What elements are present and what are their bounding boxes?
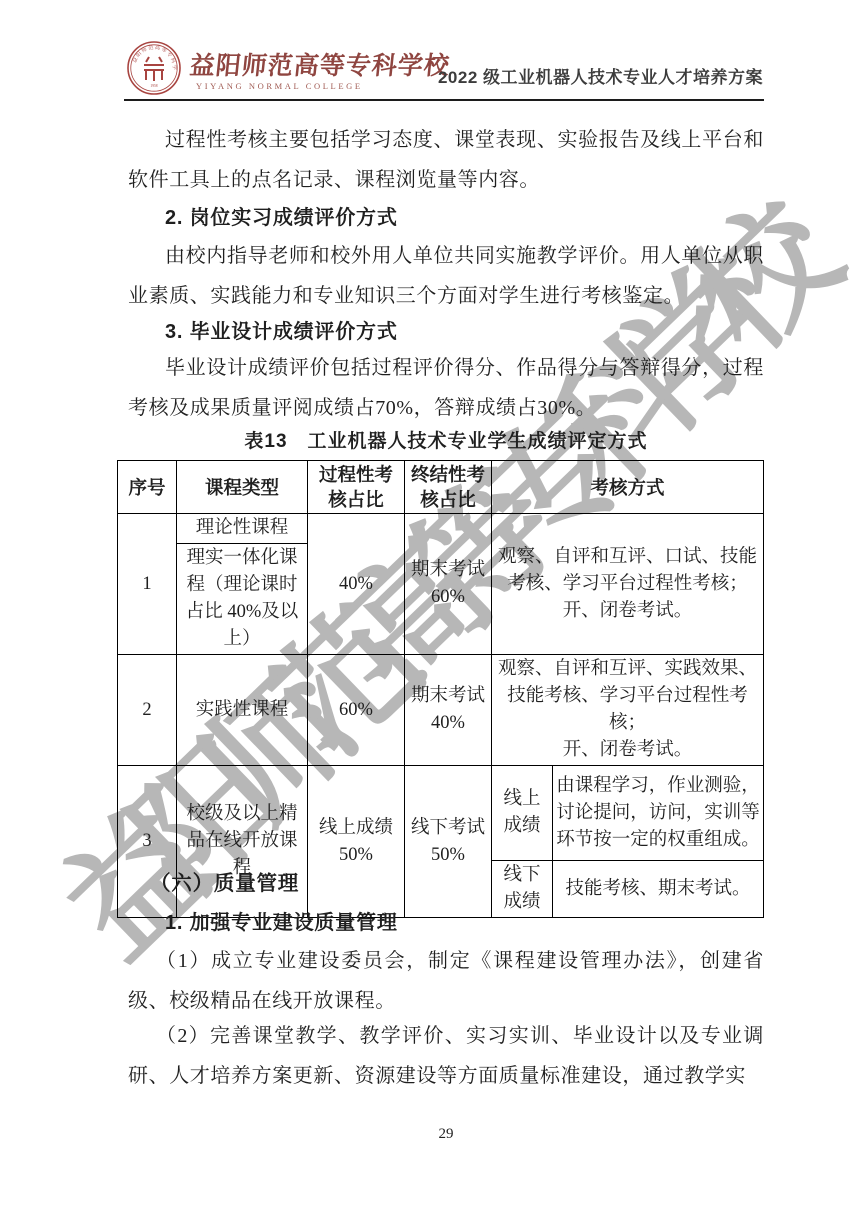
heading-quality-management: （六）质量管理 — [128, 864, 764, 904]
school-seal-icon: 益阳师范高等专科学校 1958 — [126, 40, 182, 96]
paragraph-process-assessment: 过程性考核主要包括学习态度、课堂表现、实验报告及线上平台和软件工具上的点名记录、… — [128, 120, 764, 200]
table-row: 1 理论性课程 40% 期末考试 60% 观察、自评和互评、口试、技能考核、学习… — [118, 514, 764, 544]
paragraph-standards: （2）完善课堂教学、教学评价、实习实训、毕业设计以及专业调研、人才培养方案更新、… — [128, 1016, 764, 1096]
header-cell-no: 序号 — [118, 461, 177, 514]
document-title: 2022 级工业机器人技术专业人才培养方案 — [438, 63, 763, 88]
cell-row2-method: 观察、自评和互评、实践效果、技能考核、学习平台过程性考核； 开、闭卷考试。 — [492, 655, 764, 766]
cell-row1-process: 40% — [308, 514, 405, 655]
header-cell-method: 考核方式 — [492, 461, 764, 514]
cell-row2-final: 期末考试 40% — [405, 655, 492, 766]
page-number: 29 — [128, 1126, 764, 1143]
cell-row3-online-label: 线上 成绩 — [492, 766, 553, 861]
cell-row3-online-method: 由课程学习，作业测验，讨论提问，访问，实训等环节按一定的权重组成。 — [553, 766, 764, 861]
header-cell-process-ratio: 过程性考核占比 — [308, 461, 405, 514]
document-page: 益阳师范高等专科学校 益阳师范高等专科学校 — [0, 0, 860, 1218]
header-cell-course-type: 课程类型 — [177, 461, 308, 514]
college-name-calligraphy: 益阳师范高等专科学校 — [188, 46, 452, 82]
cell-row2-process: 60% — [308, 655, 405, 766]
heading-internship-evaluation: 2. 岗位实习成绩评价方式 — [128, 198, 764, 238]
paragraph-graduation-design-evaluation: 毕业设计成绩评价包括过程评价得分、作品得分与答辩得分，过程考核及成果质量评阅成绩… — [128, 348, 764, 428]
table-row: 2 实践性课程 60% 期末考试 40% 观察、自评和互评、实践效果、技能考核、… — [118, 655, 764, 766]
header-cell-final-ratio: 终结性考核占比 — [405, 461, 492, 514]
header-divider — [124, 99, 764, 101]
cell-row1-final: 期末考试 60% — [405, 514, 492, 655]
paragraph-internship-evaluation: 由校内指导老师和校外用人单位共同实施教学评价。用人单位从职业素质、实践能力和专业… — [128, 236, 764, 316]
heading-graduation-design-evaluation: 3. 毕业设计成绩评价方式 — [128, 312, 764, 352]
table-header-row: 序号 课程类型 过程性考核占比 终结性考核占比 考核方式 — [118, 461, 764, 514]
table-caption: 表13 工业机器人技术专业学生成绩评定方式 — [128, 426, 764, 453]
cell-row1-method: 观察、自评和互评、口试、技能考核、学习平台过程性考核； 开、闭卷考试。 — [492, 514, 764, 655]
table-row: 3 校级及以上精品在线开放课程 线上成绩 50% 线下考试 50% 线上 成绩 … — [118, 766, 764, 861]
college-name-english: YIYANG NORMAL COLLEGE — [196, 81, 363, 91]
score-evaluation-table: 序号 课程类型 过程性考核占比 终结性考核占比 考核方式 1 理论性课程 40%… — [117, 460, 764, 918]
cell-row1-no: 1 — [118, 514, 177, 655]
svg-text:1958: 1958 — [150, 84, 157, 88]
cell-row1-type-theory: 理论性课程 — [177, 514, 308, 544]
heading-strengthen-quality: 1. 加强专业建设质量管理 — [128, 903, 764, 943]
cell-row1-type-integrated: 理实一体化课程（理论课时占比 40%及以上） — [177, 544, 308, 655]
cell-row2-no: 2 — [118, 655, 177, 766]
paragraph-committee: （1）成立专业建设委员会，制定《课程建设管理办法》，创建省级、校级精品在线开放课… — [128, 941, 764, 1021]
cell-row2-type: 实践性课程 — [177, 655, 308, 766]
